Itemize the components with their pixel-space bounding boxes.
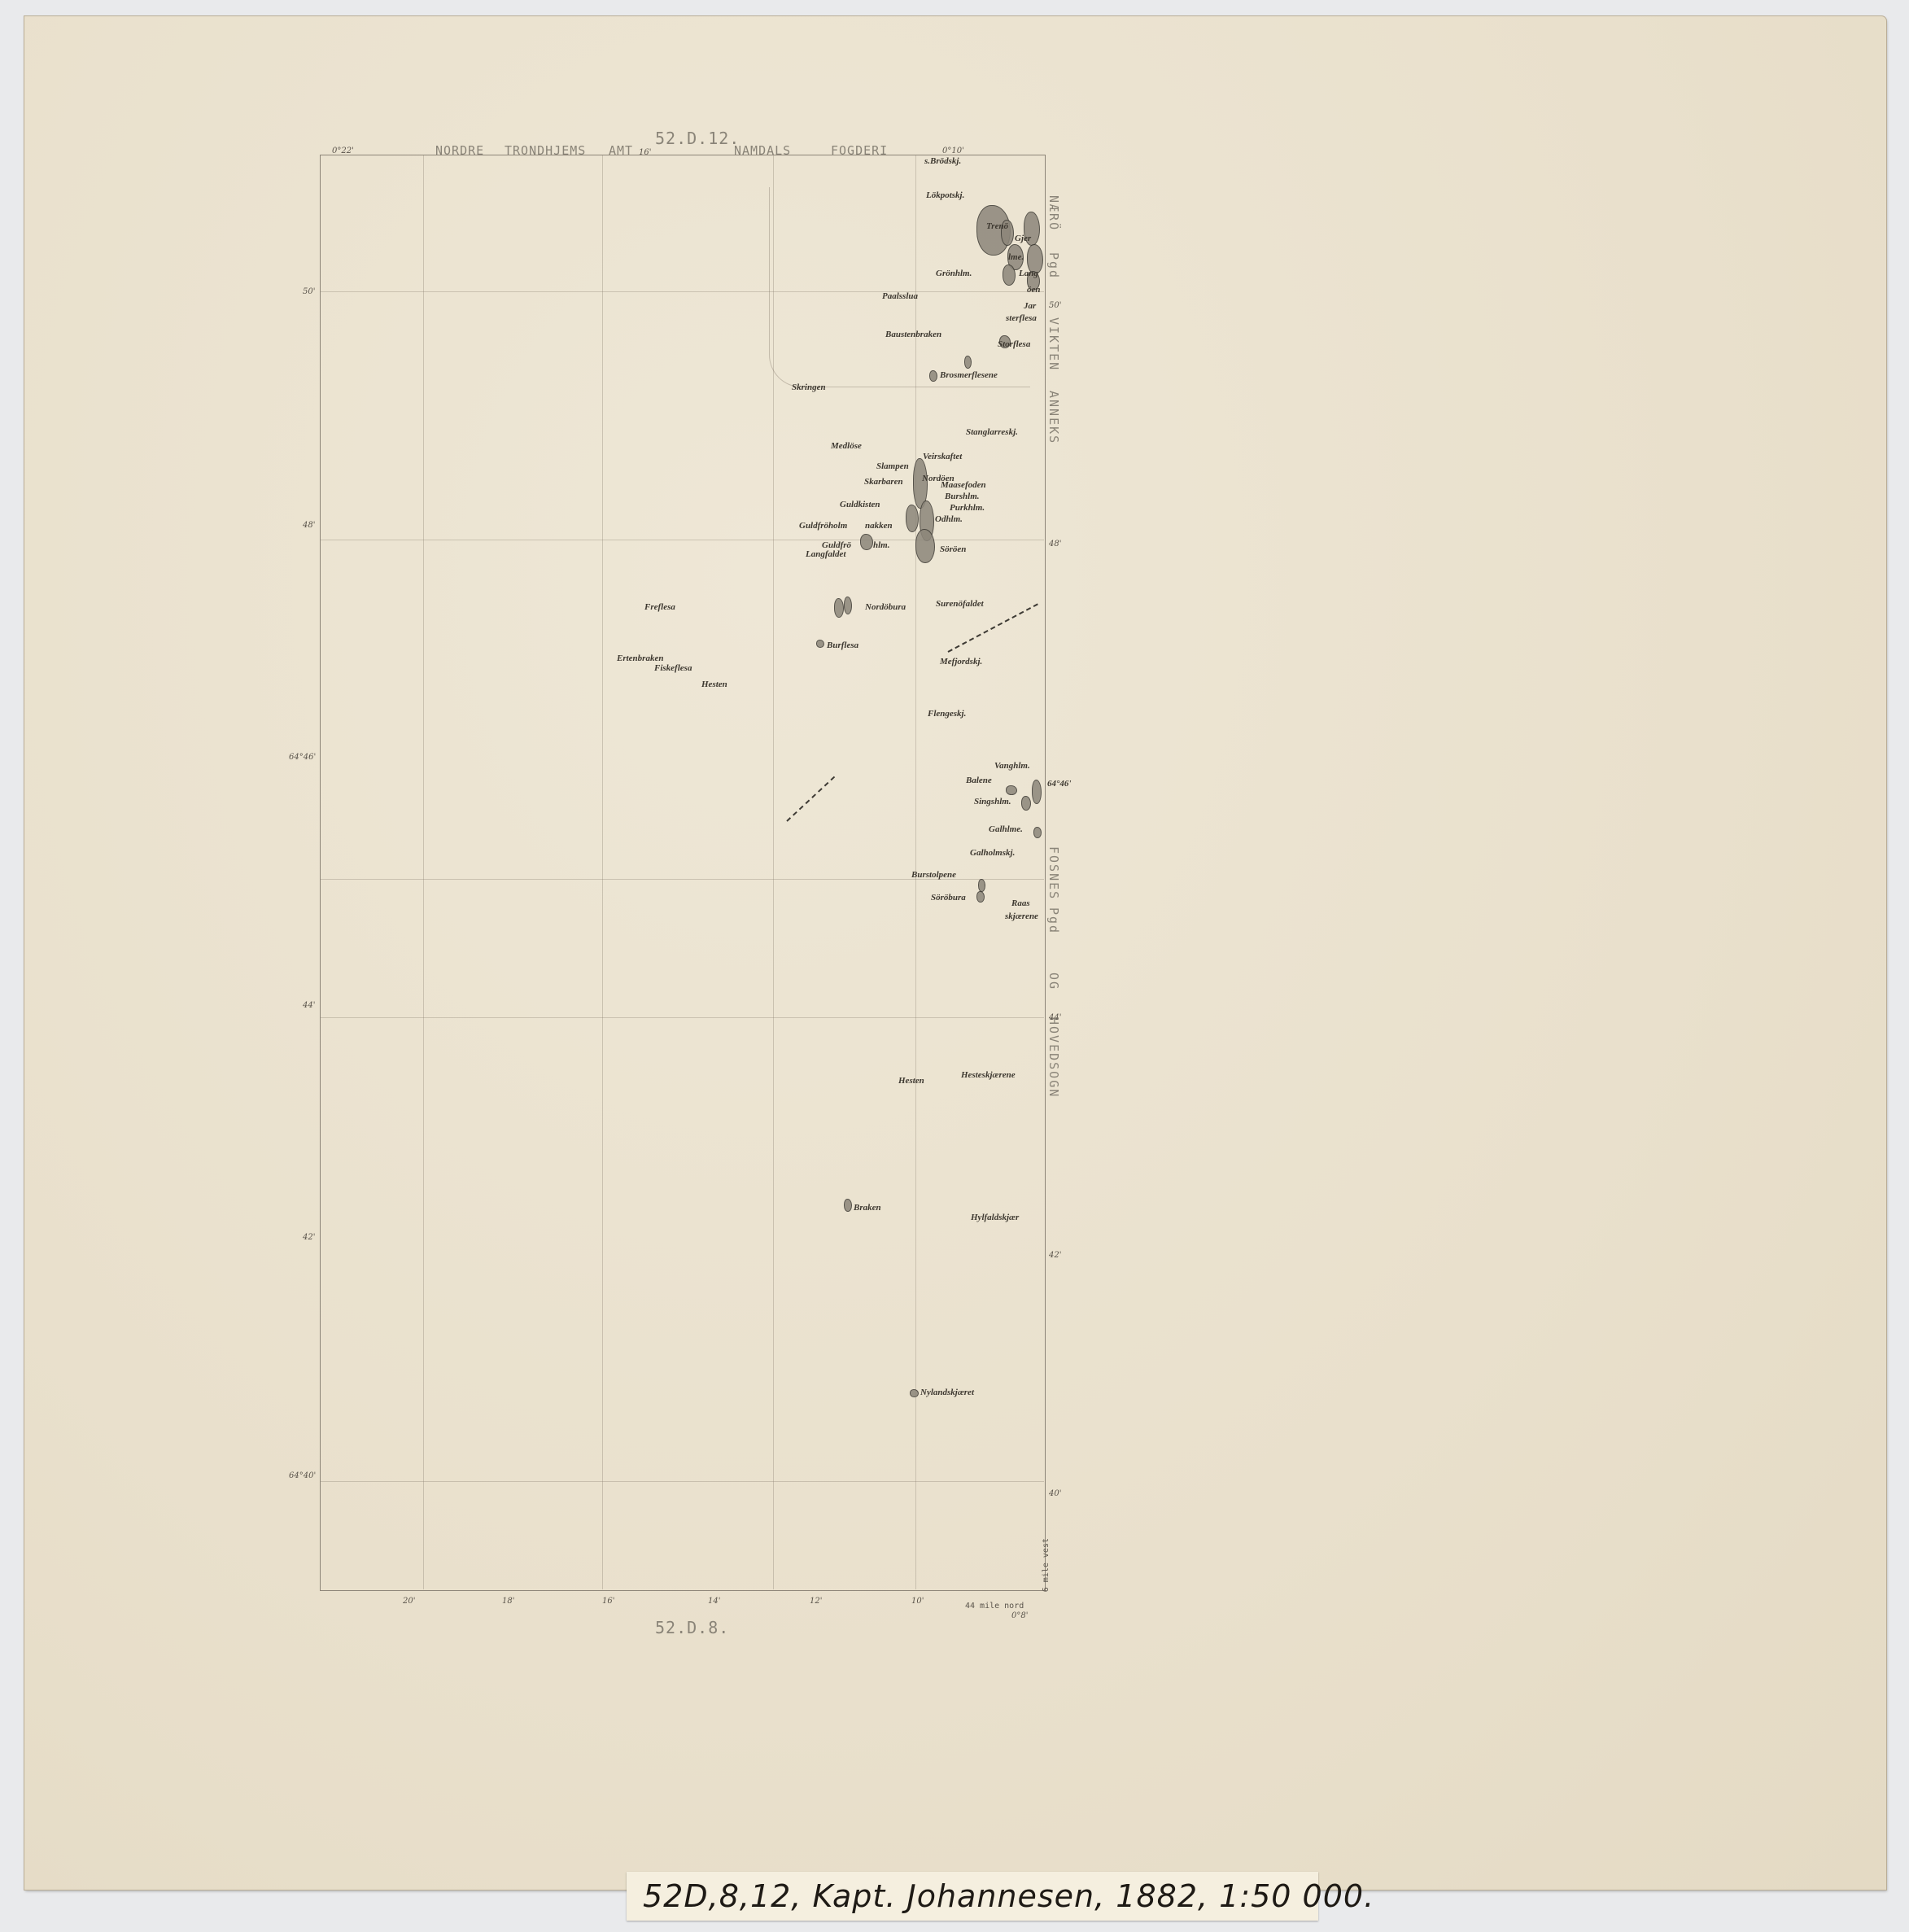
place-name: Nylandskjæret bbox=[920, 1388, 974, 1397]
corner-degree: 0°8' bbox=[1011, 1611, 1028, 1620]
island bbox=[910, 1389, 919, 1397]
longitude-tick: 16' bbox=[602, 1597, 614, 1606]
place-name: öen bbox=[1027, 285, 1041, 295]
island bbox=[860, 534, 873, 550]
longitude-tick: 16' bbox=[639, 148, 651, 157]
place-name: Veirskaftet bbox=[923, 452, 962, 461]
island bbox=[1006, 785, 1017, 795]
place-name: Fiskeflesa bbox=[654, 663, 692, 673]
place-name: Vanghlm. bbox=[994, 761, 1030, 771]
longitude-tick: 14' bbox=[708, 1597, 720, 1606]
place-name: Freflesa bbox=[644, 602, 675, 612]
place-name: Söröen bbox=[940, 544, 966, 554]
place-name: Braken bbox=[854, 1203, 881, 1213]
place-name: Skringen bbox=[792, 382, 826, 392]
latitude-tick: 48' bbox=[1049, 540, 1061, 549]
place-name: Gjer bbox=[1015, 234, 1031, 243]
district-label: OG bbox=[1046, 973, 1061, 990]
longitude-tick: 0°22' bbox=[332, 146, 354, 155]
place-name: nakken bbox=[865, 521, 893, 531]
district-label: Pgd bbox=[1046, 907, 1061, 934]
island bbox=[816, 640, 824, 648]
longitude-tick: 0°10' bbox=[942, 146, 964, 155]
island bbox=[976, 891, 985, 903]
sheet-number-bottom: 52.D.8. bbox=[655, 1618, 729, 1637]
district-label: AMT bbox=[609, 143, 633, 158]
district-label: TRONDHJEMS bbox=[505, 143, 586, 158]
place-name: Surenöfaldet bbox=[936, 599, 984, 609]
place-name: Galholmskj. bbox=[970, 848, 1015, 858]
district-label: HOVEDSOGN bbox=[1046, 1017, 1061, 1098]
latitude-tick: 48' bbox=[303, 521, 315, 530]
island bbox=[964, 356, 972, 369]
place-name: lme. bbox=[1008, 252, 1024, 262]
place-name: Balene bbox=[966, 776, 992, 785]
longitude-tick: 10' bbox=[911, 1597, 924, 1606]
sheet-number-top: 52.D.12. bbox=[655, 129, 740, 148]
place-name: Baustenbraken bbox=[885, 330, 941, 339]
place-name: Purkhlm. bbox=[950, 503, 985, 513]
island bbox=[1021, 796, 1031, 811]
place-name: Guldkisten bbox=[840, 500, 880, 509]
place-name: Burstolpene bbox=[911, 870, 956, 880]
place-name: Langfaldet bbox=[806, 549, 846, 559]
island bbox=[915, 529, 935, 563]
place-name: Jar bbox=[1024, 301, 1036, 311]
place-name: Odhlm. bbox=[935, 514, 963, 524]
island bbox=[906, 505, 919, 532]
place-name: Lökpotskj. bbox=[926, 190, 964, 200]
place-name: Ertenbraken bbox=[617, 653, 663, 663]
place-name: Flengeskj. bbox=[928, 709, 966, 719]
district-label: FOSNES bbox=[1046, 846, 1061, 900]
place-name: Storflesa bbox=[998, 339, 1030, 349]
latitude-tick: 42' bbox=[1049, 1251, 1061, 1260]
island bbox=[834, 598, 844, 618]
place-name: Burflesa bbox=[827, 640, 858, 650]
latitude-tick: 44' bbox=[1049, 1013, 1061, 1022]
place-name: Hesten bbox=[701, 680, 727, 689]
longitude-tick: 18' bbox=[502, 1597, 514, 1606]
latitude-tick: 50' bbox=[1049, 301, 1061, 310]
place-name: skjærene bbox=[1005, 911, 1038, 921]
place-name: Brosmerflesene bbox=[940, 370, 998, 380]
place-name: Paalsslua bbox=[882, 291, 918, 301]
latitude-tick: 42' bbox=[303, 1233, 315, 1242]
latitude-tick: 40' bbox=[1049, 1489, 1061, 1498]
island bbox=[844, 597, 852, 614]
place-name: Mefjordskj. bbox=[940, 657, 982, 667]
place-name: Skarbaren bbox=[864, 477, 903, 487]
island bbox=[1032, 780, 1042, 804]
place-name: Hesten bbox=[898, 1076, 924, 1086]
district-label: VIKTEN bbox=[1046, 317, 1061, 371]
place-name: Stanglarreskj. bbox=[966, 427, 1018, 437]
island bbox=[929, 370, 937, 382]
place-name: Trenö bbox=[986, 221, 1008, 231]
place-name: Nordöbura bbox=[865, 602, 906, 612]
latitude-tick: 64°46' bbox=[289, 753, 316, 762]
place-name: Söröbura bbox=[931, 893, 966, 903]
place-name: Grönhlm. bbox=[936, 269, 972, 278]
district-label: Pgd bbox=[1046, 252, 1061, 279]
latitude-tick: 44' bbox=[303, 1001, 315, 1010]
place-name: Hylfaldskjær bbox=[971, 1213, 1019, 1222]
side-note: 6 mile vest bbox=[1042, 1538, 1051, 1592]
island bbox=[1033, 827, 1042, 838]
place-name: Maasefoden bbox=[941, 480, 986, 490]
place-name: Medlöse bbox=[831, 441, 862, 451]
district-label: FOGDERI bbox=[831, 143, 888, 158]
place-name: sterflesa bbox=[1006, 313, 1037, 323]
place-name: Singshlm. bbox=[974, 797, 1011, 806]
catalog-label-text: 52D,8,12, Kapt. Johannesen, 1882, 1:50 0… bbox=[643, 1878, 1374, 1914]
place-name: Lang bbox=[1019, 269, 1038, 278]
latitude-tick: 50' bbox=[303, 287, 315, 296]
catalog-label: 52D,8,12, Kapt. Johannesen, 1882, 1:50 0… bbox=[627, 1872, 1318, 1921]
place-name: Guldfröholm bbox=[799, 521, 847, 531]
longitude-tick: 20' bbox=[403, 1597, 415, 1606]
place-name: Hesteskjærene bbox=[961, 1070, 1016, 1080]
corner-note: 44 mile nord bbox=[965, 1602, 1024, 1611]
island bbox=[1003, 264, 1016, 286]
place-name: Burshlm. bbox=[945, 492, 980, 501]
place-name: 64°46' bbox=[1047, 779, 1071, 789]
longitude-tick: 12' bbox=[810, 1597, 822, 1606]
place-name: Raas bbox=[1011, 898, 1030, 908]
district-label: NÆRÖ bbox=[1046, 195, 1061, 231]
district-label: ANNEKS bbox=[1046, 391, 1061, 444]
place-name: Slampen bbox=[876, 461, 909, 471]
district-label: NAMDALS bbox=[734, 143, 791, 158]
place-name: Galhlme. bbox=[989, 824, 1023, 834]
island bbox=[978, 879, 985, 892]
place-name: hlm. bbox=[873, 540, 889, 550]
district-label: NORDRE bbox=[435, 143, 484, 158]
latitude-tick: 64°40' bbox=[289, 1471, 316, 1480]
island bbox=[844, 1199, 852, 1212]
place-name: s.Brödskj. bbox=[924, 156, 961, 166]
